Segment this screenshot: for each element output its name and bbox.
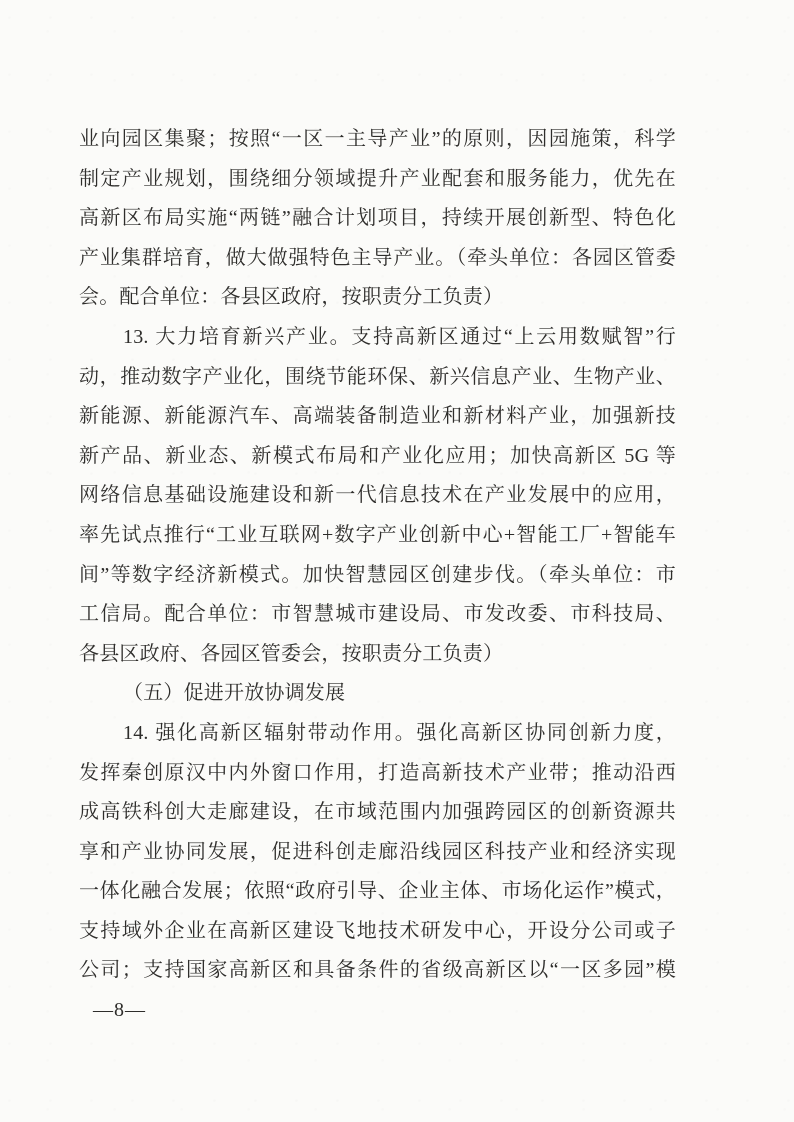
text-line: 间”等数字经济新模式。加快智慧园区创建步伐。（牵头单位：市 (79, 556, 676, 596)
text-line: 制定产业规划，围绕细分领域提升产业配套和服务能力，优先在 (79, 160, 676, 200)
document-text-block: 业向园区集聚；按照“一区一主导产业”的原则，因园施策，科学制定产业规划，围绕细分… (79, 120, 676, 1031)
page-number: —8— (93, 991, 676, 1031)
text-line: 产业集群培育，做大做强特色主导产业。（牵头单位：各园区管委 (79, 239, 676, 279)
text-line: 14. 强化高新区辐射带动作用。强化高新区协同创新力度， (79, 714, 676, 754)
text-line: （五）促进开放协调发展 (79, 674, 676, 714)
text-line: 一体化融合发展；依照“政府引导、企业主体、市场化运作”模式， (79, 872, 676, 912)
text-line: 新产品、新业态、新模式布局和产业化应用；加快高新区 5G 等 (79, 437, 676, 477)
text-line: 动，推动数字产业化，围绕节能环保、新兴信息产业、生物产业、 (79, 358, 676, 398)
text-line: 成高铁科创大走廊建设，在市域范围内加强跨园区的创新资源共 (79, 793, 676, 833)
text-line: 享和产业协同发展，促进科创走廊沿线园区科技产业和经济实现 (79, 833, 676, 873)
paragraph-lines: 业向园区集聚；按照“一区一主导产业”的原则，因园施策，科学制定产业规划，围绕细分… (79, 120, 676, 991)
text-line: 13. 大力培育新兴产业。支持高新区通过“上云用数赋智”行 (79, 318, 676, 358)
text-line: 公司；支持国家高新区和具备条件的省级高新区以“一区多园”模 (79, 951, 676, 991)
text-line: 发挥秦创原汉中内外窗口作用，打造高新技术产业带；推动沿西 (79, 754, 676, 794)
text-line: 会。配合单位：各县区政府，按职责分工负责） (79, 278, 676, 318)
text-line: 工信局。配合单位：市智慧城市建设局、市发改委、市科技局、 (79, 595, 676, 635)
text-line: 率先试点推行“工业互联网+数字产业创新中心+智能工厂+智能车 (79, 516, 676, 556)
document-page: 业向园区集聚；按照“一区一主导产业”的原则，因园施策，科学制定产业规划，围绕细分… (0, 0, 794, 1122)
text-line: 业向园区集聚；按照“一区一主导产业”的原则，因园施策，科学 (79, 120, 676, 160)
text-line: 网络信息基础设施建设和新一代信息技术在产业发展中的应用， (79, 476, 676, 516)
text-line: 支持域外企业在高新区建设飞地技术研发中心，开设分公司或子 (79, 912, 676, 952)
text-line: 各县区政府、各园区管委会，按职责分工负责） (79, 635, 676, 675)
text-line: 高新区布局实施“两链”融合计划项目，持续开展创新型、特色化 (79, 199, 676, 239)
text-line: 新能源、新能源汽车、高端装备制造业和新材料产业，加强新技术、 (79, 397, 676, 437)
